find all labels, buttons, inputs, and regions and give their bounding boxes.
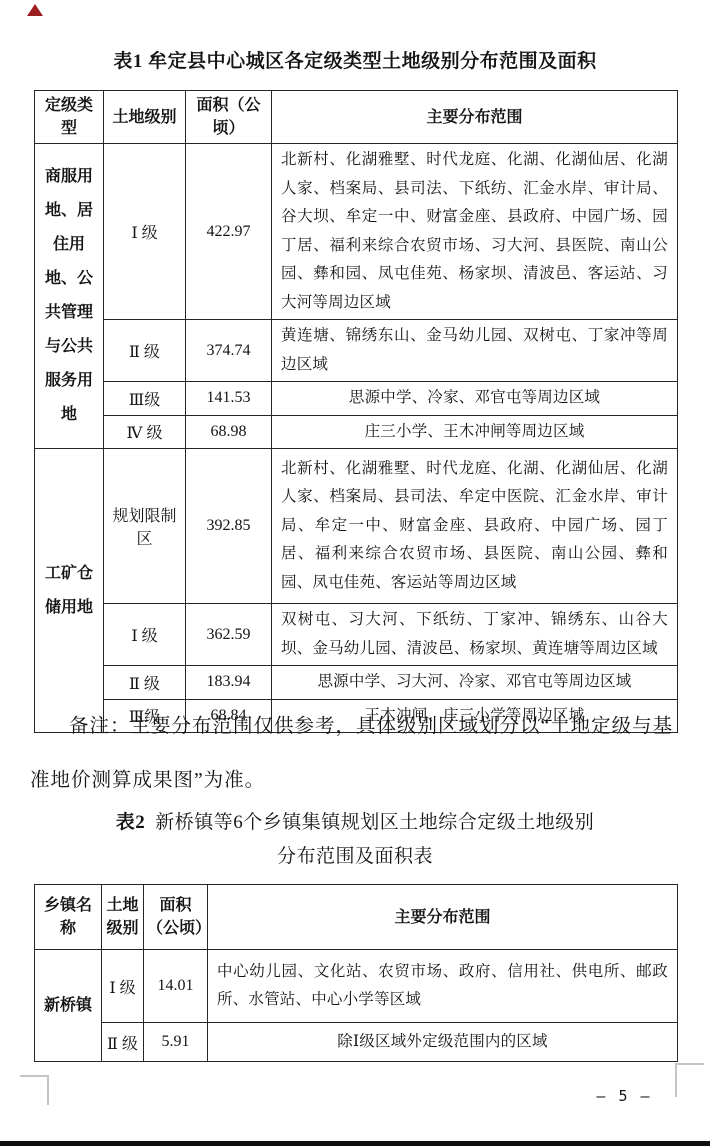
area-cell: 362.59 bbox=[186, 604, 272, 666]
table-row: Ⅳ 级 68.98 庄三小学、王木冲闸等周边区域 bbox=[35, 415, 678, 449]
table2-header-row: 乡镇名称 土地级别 面积（公顷） 主要分布范围 bbox=[35, 885, 678, 950]
area-cell: 141.53 bbox=[186, 382, 272, 416]
table-row: Ⅱ 级 374.74 黄连塘、锦绣东山、金马幼儿园、双树屯、丁家冲等周边区域 bbox=[35, 320, 678, 382]
table1-title: 表1 牟定县中心城区各定级类型土地级别分布范围及面积 bbox=[0, 46, 710, 73]
table-row: 工矿仓储用地 规划限制区 392.85 北新村、化湖雅墅、时代龙庭、化湖、化湖仙… bbox=[35, 449, 678, 604]
page-number: — 5 — bbox=[578, 1087, 670, 1105]
red-corner-mark-icon bbox=[27, 4, 43, 16]
bottom-page-rule bbox=[0, 1141, 710, 1146]
table-row: Ⅲ级 141.53 思源中学、冷家、邓官屯等周边区域 bbox=[35, 382, 678, 416]
range-cell: 北新村、化湖雅墅、时代龙庭、化湖、化湖仙居、化湖人家、档案局、县司法、下纸纺、汇… bbox=[272, 144, 678, 320]
table1-header-area: 面积（公顷） bbox=[186, 91, 272, 144]
table2-title: 表2新桥镇等6个乡镇集镇规划区土地综合定级土地级别 分布范围及面积表 bbox=[0, 806, 710, 874]
table1-header-level: 土地级别 bbox=[104, 91, 186, 144]
table-row: Ⅱ 级 183.94 思源中学、习大河、冷家、邓官屯等周边区域 bbox=[35, 666, 678, 700]
level-cell: Ⅳ 级 bbox=[104, 415, 186, 449]
table2-header-level: 土地级别 bbox=[102, 885, 144, 950]
area-cell: 5.91 bbox=[144, 1023, 208, 1062]
range-cell: 黄连塘、锦绣东山、金马幼儿园、双树屯、丁家冲等周边区域 bbox=[272, 320, 678, 382]
table1-header-row: 定级类型 土地级别 面积（公顷） 主要分布范围 bbox=[35, 91, 678, 144]
table2-title-line2: 分布范围及面积表 bbox=[277, 846, 433, 867]
crop-mark-right-icon bbox=[675, 1063, 704, 1097]
table1-header-category: 定级类型 bbox=[35, 91, 104, 144]
table1-header-range: 主要分布范围 bbox=[272, 91, 678, 144]
range-cell: 除Ⅰ级区域外定级范围内的区域 bbox=[208, 1023, 678, 1062]
area-cell: 14.01 bbox=[144, 950, 208, 1023]
range-cell: 思源中学、冷家、邓官屯等周边区域 bbox=[272, 382, 678, 416]
table-row: Ⅰ 级 362.59 双树屯、习大河、下纸纺、丁家冲、锦绣东、山谷大坝、金马幼儿… bbox=[35, 604, 678, 666]
table1-category-industrial: 工矿仓储用地 bbox=[35, 449, 104, 733]
table-row: 新桥镇 Ⅰ 级 14.01 中心幼儿园、文化站、农贸市场、政府、信用社、供电所、… bbox=[35, 950, 678, 1023]
table2-header-range: 主要分布范围 bbox=[208, 885, 678, 950]
area-cell: 183.94 bbox=[186, 666, 272, 700]
crop-mark-left-icon bbox=[20, 1075, 49, 1105]
area-cell: 422.97 bbox=[186, 144, 272, 320]
area-cell: 392.85 bbox=[186, 449, 272, 604]
table1-category-commercial: 商服用地、居住用地、公共管理与公共服务用地 bbox=[35, 144, 104, 449]
table2-number: 表2 bbox=[116, 812, 146, 833]
level-cell: Ⅱ 级 bbox=[102, 1023, 144, 1062]
level-cell: Ⅱ 级 bbox=[104, 320, 186, 382]
level-cell: Ⅰ 级 bbox=[104, 144, 186, 320]
range-cell: 北新村、化湖雅墅、时代龙庭、化湖、化湖仙居、化湖人家、档案局、县司法、牟定中医院… bbox=[272, 449, 678, 604]
document-page: 表1 牟定县中心城区各定级类型土地级别分布范围及面积 定级类型 土地级别 面积（… bbox=[0, 0, 710, 1147]
level-cell: Ⅲ级 bbox=[104, 382, 186, 416]
table2-header-town: 乡镇名称 bbox=[35, 885, 102, 950]
table-row: 商服用地、居住用地、公共管理与公共服务用地 Ⅰ 级 422.97 北新村、化湖雅… bbox=[35, 144, 678, 320]
level-cell: Ⅰ 级 bbox=[102, 950, 144, 1023]
level-cell: Ⅰ 级 bbox=[104, 604, 186, 666]
level-cell: Ⅱ 级 bbox=[104, 666, 186, 700]
range-cell: 庄三小学、王木冲闸等周边区域 bbox=[272, 415, 678, 449]
area-cell: 68.98 bbox=[186, 415, 272, 449]
range-cell: 思源中学、习大河、冷家、邓官屯等周边区域 bbox=[272, 666, 678, 700]
level-cell: 规划限制区 bbox=[104, 449, 186, 604]
remark-note: 备注：主要分布范围仅供参考，具体级别区域划分以“土地定级与基准地价测算成果图”为… bbox=[30, 700, 680, 808]
table2-title-line1: 新桥镇等6个乡镇集镇规划区土地综合定级土地级别 bbox=[155, 812, 594, 833]
table2-header-area: 面积（公顷） bbox=[144, 885, 208, 950]
table-row: Ⅱ 级 5.91 除Ⅰ级区域外定级范围内的区域 bbox=[35, 1023, 678, 1062]
table1: 定级类型 土地级别 面积（公顷） 主要分布范围 商服用地、居住用地、公共管理与公… bbox=[34, 90, 678, 733]
area-cell: 374.74 bbox=[186, 320, 272, 382]
table2-town-xinqiao: 新桥镇 bbox=[35, 950, 102, 1062]
range-cell: 中心幼儿园、文化站、农贸市场、政府、信用社、供电所、邮政所、水管站、中心小学等区… bbox=[208, 950, 678, 1023]
table2: 乡镇名称 土地级别 面积（公顷） 主要分布范围 新桥镇 Ⅰ 级 14.01 中心… bbox=[34, 884, 678, 1062]
range-cell: 双树屯、习大河、下纸纺、丁家冲、锦绣东、山谷大坝、金马幼儿园、清波邑、杨家坝、黄… bbox=[272, 604, 678, 666]
